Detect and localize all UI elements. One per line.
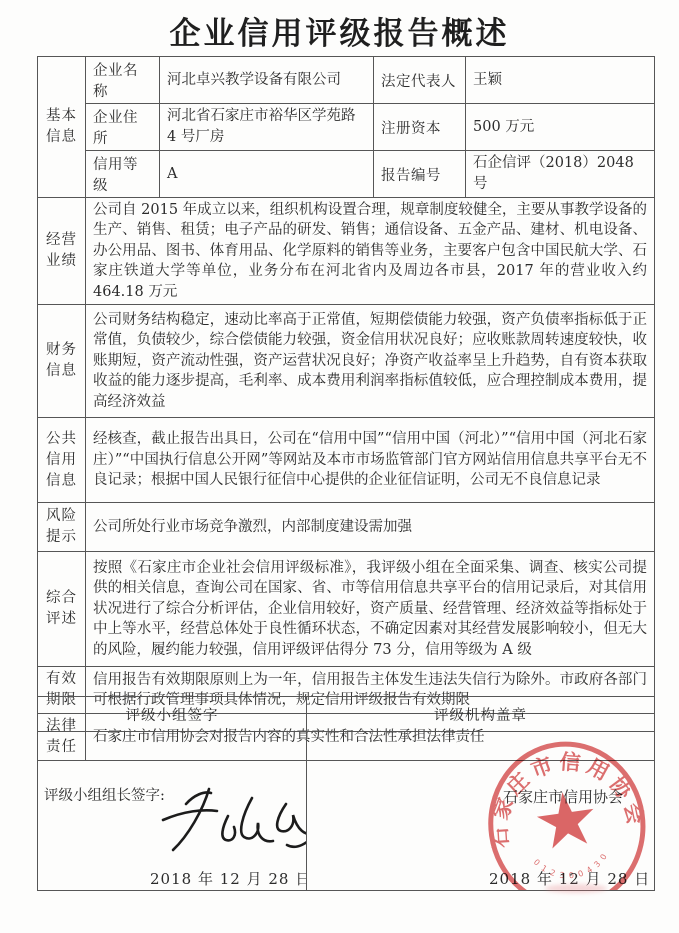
section-content-financial-info: 公司财务结构稳定，速动比率高于正常值，短期偿债能力较强，资产负债率指标低于正常值… [86, 305, 655, 418]
agency-seal-cell: 石家庄市信用协会 2018 年 12 月 28 日 石家庄市信用协会 [307, 732, 655, 891]
table-row: 评级小组签字 评级机构盖章 [38, 697, 655, 732]
section-content-comprehensive-review: 按照《石家庄市企业社会信用评级标准》，我评级小组在全面采集、调查、核实公司提供的… [86, 552, 655, 667]
section-label-business-performance: 经营 业绩 [38, 198, 86, 305]
table-row: 风险 提示 公司所处行业市场竞争激烈，内部制度建设需加强 [38, 503, 655, 552]
table-row: 财务 信息 公司财务结构稳定，速动比率高于正常值，短期偿债能力较强，资产负债率指… [38, 305, 655, 418]
table-row: 经营 业绩 公司自 2015 年成立以来，组织机构设置合理，规章制度较健全，主要… [38, 198, 655, 305]
report-table: 基本 信息 企业名称 河北卓兴教学设备有限公司 法定代表人 王颖 企业住所 河北… [37, 56, 655, 761]
section-content-risk-warning: 公司所处行业市场竞争激烈，内部制度建设需加强 [86, 503, 655, 552]
field-label-credit-rating: 信用等级 [86, 151, 160, 198]
table-row: 信用等级 A 报告编号 石企信评（2018）2048 号 [38, 151, 655, 198]
section-content-public-credit-info: 经核查，截止报告出具日，公司在“信用中国”“信用中国（河北）”“信用中国（河北石… [86, 418, 655, 503]
field-label-legal-representative: 法定代表人 [374, 57, 466, 104]
table-row: 综合 评述 按照《石家庄市企业社会信用评级标准》，我评级小组在全面采集、调查、核… [38, 552, 655, 667]
section-label-comprehensive-review: 综合 评述 [38, 552, 86, 667]
field-value-company-name: 河北卓兴教学设备有限公司 [160, 57, 374, 104]
table-row: 评级小组组长签字: 2018 年 12 月 28 日 [38, 732, 655, 891]
table-row: 公共 信用 信息 经核查，截止报告出具日，公司在“信用中国”“信用中国（河北）”… [38, 418, 655, 503]
handwritten-signature [156, 784, 307, 862]
team-signature-cell: 评级小组组长签字: 2018 年 12 月 28 日 [38, 732, 307, 891]
field-label-company-address: 企业住所 [86, 104, 160, 151]
section-label-financial-info: 财务 信息 [38, 305, 86, 418]
field-value-registered-capital: 500 万元 [466, 104, 655, 151]
table-row: 企业住所 河北省石家庄市裕华区学苑路 4 号厂房 注册资本 500 万元 [38, 104, 655, 151]
pink-ink-smudge [545, 884, 607, 893]
field-label-report-number: 报告编号 [374, 151, 466, 198]
field-label-company-name: 企业名称 [86, 57, 160, 104]
section-content-business-performance: 公司自 2015 年成立以来，组织机构设置合理，规章制度较健全，主要从事教学设备… [86, 198, 655, 305]
section-label-risk-warning: 风险 提示 [38, 503, 86, 552]
field-value-company-address: 河北省石家庄市裕华区学苑路 4 号厂房 [160, 104, 374, 151]
section-label-public-credit-info: 公共 信用 信息 [38, 418, 86, 503]
field-value-credit-rating: A [160, 151, 374, 198]
field-value-report-number: 石企信评（2018）2048 号 [466, 151, 655, 198]
page-title: 企业信用评级报告概述 [0, 8, 679, 53]
team-signature-date: 2018 年 12 月 28 日 [150, 868, 307, 889]
signature-table: 评级小组签字 评级机构盖章 评级小组组长签字: [37, 696, 655, 891]
section-label-basic-info: 基本 信息 [38, 57, 86, 198]
signature-header-team: 评级小组签字 [38, 697, 307, 732]
field-label-registered-capital: 注册资本 [374, 104, 466, 151]
red-official-seal: 石家庄市信用协会 012300430 [474, 732, 655, 891]
field-value-legal-representative: 王颖 [466, 57, 655, 104]
team-leader-signature-label: 评级小组组长签字: [44, 784, 165, 805]
credit-report-page: 企业信用评级报告概述 基本 信息 企业名称 河北卓兴教学设备有限公司 法定代表人… [0, 0, 679, 933]
table-row: 基本 信息 企业名称 河北卓兴教学设备有限公司 法定代表人 王颖 [38, 57, 655, 104]
signature-header-agency-seal: 评级机构盖章 [307, 697, 655, 732]
agency-name-text: 石家庄市信用协会 [503, 786, 623, 807]
